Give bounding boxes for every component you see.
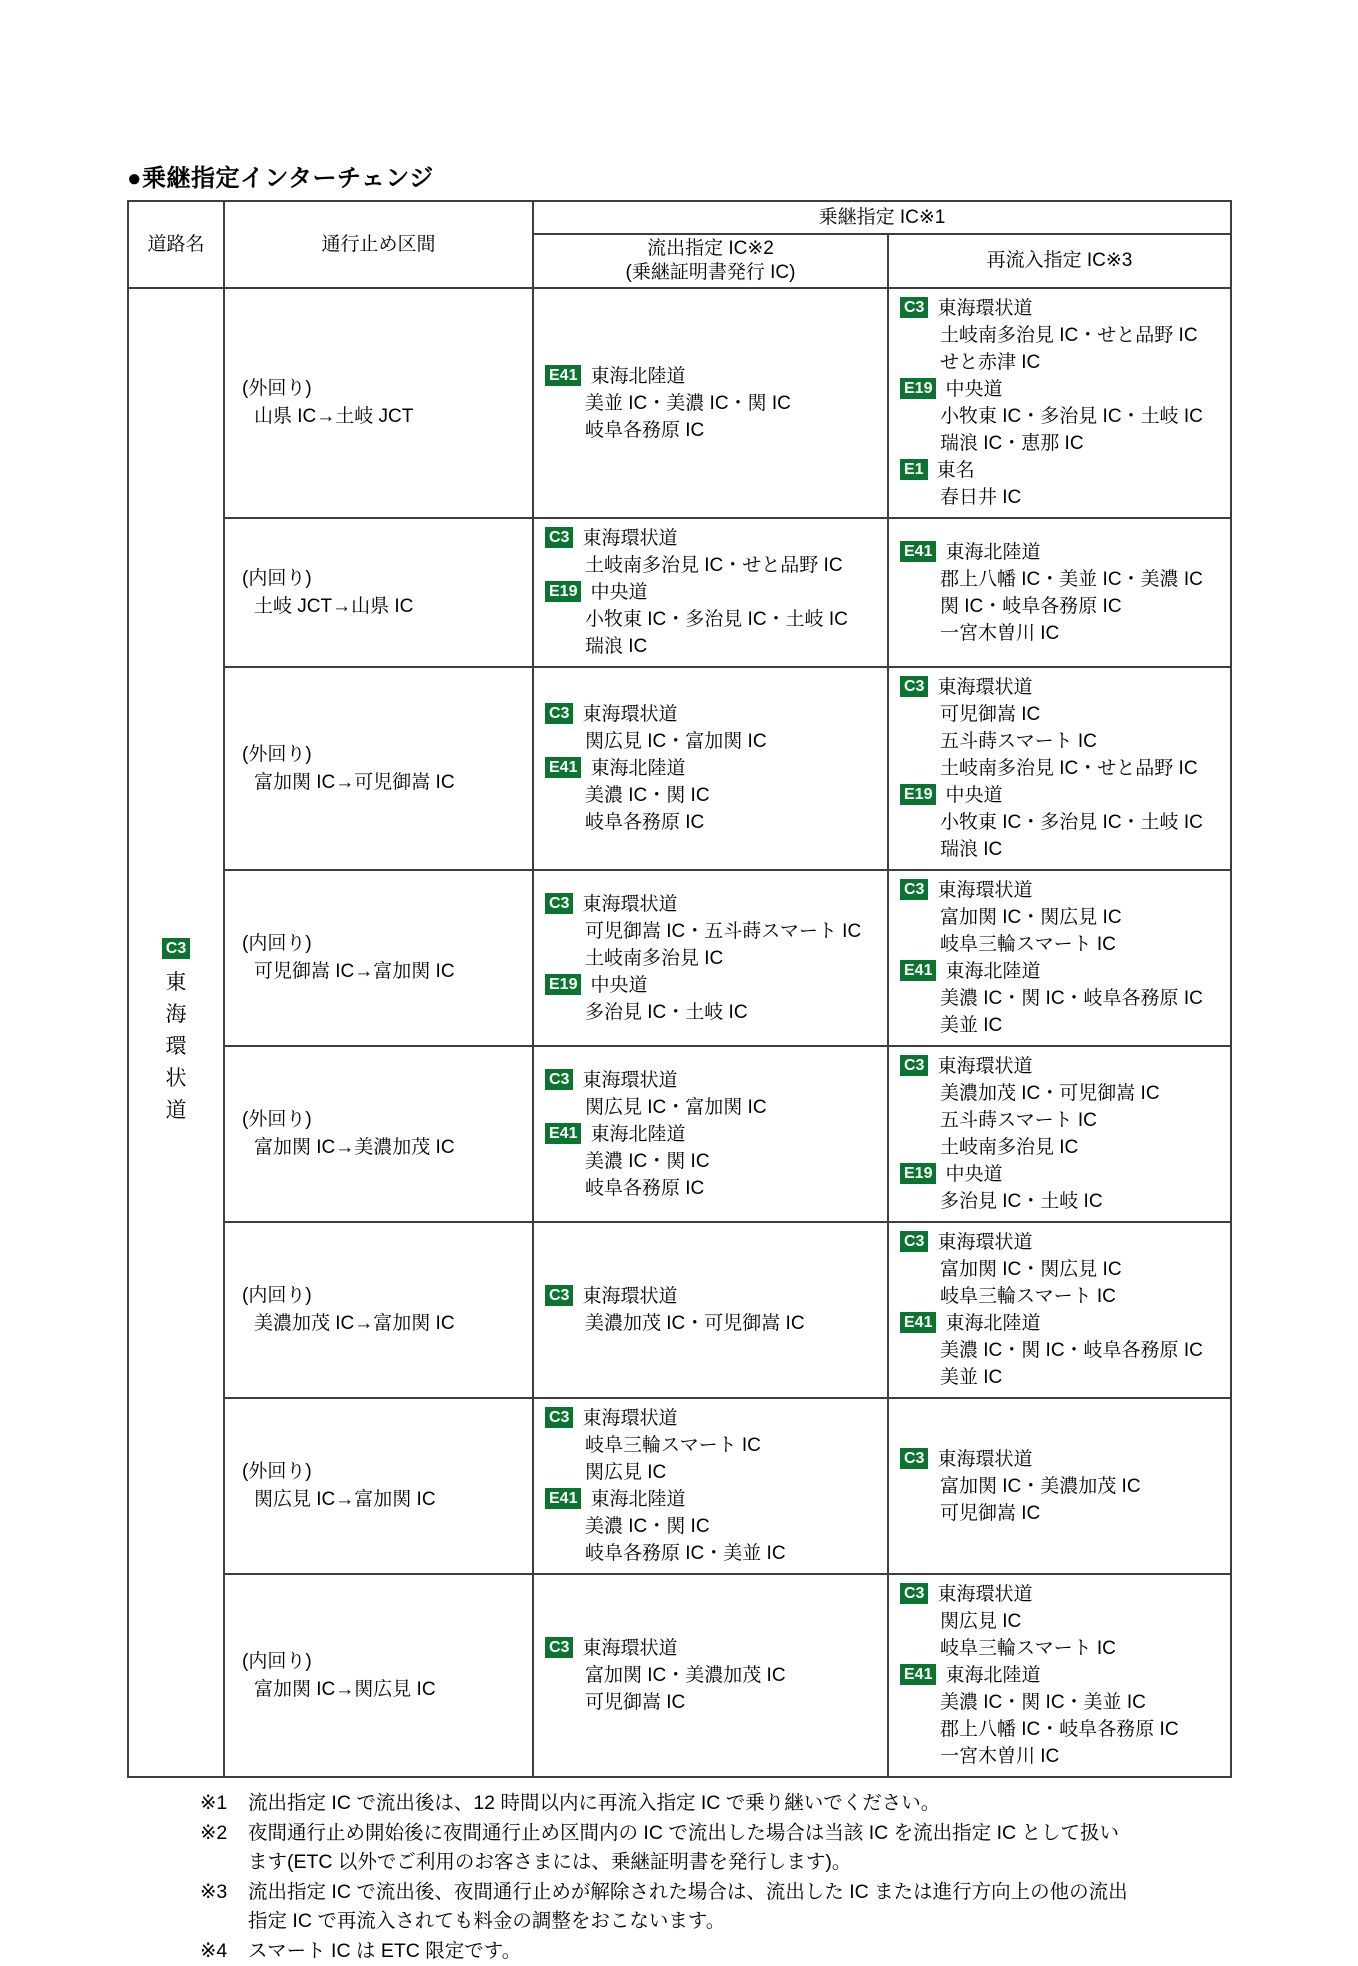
ic-list-line: 美並 IC bbox=[900, 1012, 1226, 1039]
route-number-badge: E41 bbox=[545, 1123, 581, 1144]
section-range: 関広見 IC→富加関 IC bbox=[242, 1486, 532, 1514]
road-line: E41東海北陸道 bbox=[900, 1662, 1226, 1689]
road-name: 東海環状道 bbox=[582, 1070, 677, 1091]
reentry-ic-groups: C3東海環状道富加関 IC・関広見 IC岐阜三輪スマート ICE41東海北陸道美… bbox=[900, 1229, 1226, 1391]
ic-list-line: 関広見 IC・富加関 IC bbox=[545, 728, 883, 755]
ic-list-line: 関広見 IC・富加関 IC bbox=[545, 1094, 883, 1121]
road-name: 中央道 bbox=[590, 582, 647, 603]
reentry-ic-cell: C3東海環状道富加関 IC・関広見 IC岐阜三輪スマート ICE41東海北陸道美… bbox=[888, 1222, 1231, 1398]
ic-list-line: 美濃 IC・関 IC・岐阜各務原 IC bbox=[900, 985, 1226, 1012]
table-row: (外回り)富加関 IC→美濃加茂 ICC3東海環状道関広見 IC・富加関 ICE… bbox=[128, 1046, 1231, 1222]
exit-ic-groups: C3東海環状道土岐南多治見 IC・せと品野 ICE19中央道小牧東 IC・多治見… bbox=[545, 525, 883, 660]
exit-ic-groups: C3東海環状道関広見 IC・富加関 ICE41東海北陸道美濃 IC・関 IC岐阜… bbox=[545, 701, 883, 836]
route-number-badge: E41 bbox=[900, 1312, 936, 1333]
road-line: E19中央道 bbox=[545, 579, 883, 606]
road-name: 東海環状道 bbox=[937, 677, 1032, 698]
ic-list-line: 岐阜各務原 IC bbox=[545, 809, 883, 836]
road-line: E41東海北陸道 bbox=[545, 1486, 883, 1513]
road-name: 東海北陸道 bbox=[945, 1313, 1040, 1334]
ic-list-line: せと赤津 IC bbox=[900, 349, 1226, 376]
direction-label: (外回り) bbox=[242, 1106, 532, 1134]
ic-list-line: 関広見 IC bbox=[900, 1608, 1226, 1635]
document-page: ●乗継指定インターチェンジ 道路名 通行止め区間 乗継指定 IC※1 流出指定 … bbox=[127, 158, 1287, 1966]
reentry-ic-groups: C3東海環状道美濃加茂 IC・可児御嵩 IC五斗蒔スマート IC土岐南多治見 I… bbox=[900, 1053, 1226, 1215]
road-name: 東海北陸道 bbox=[590, 1124, 685, 1145]
footnote-marker: ※2 bbox=[200, 1819, 248, 1878]
ic-list-line: 多治見 IC・土岐 IC bbox=[545, 999, 883, 1026]
road-line: C3東海環状道 bbox=[545, 1405, 883, 1432]
ic-list-line: 岐阜三輪スマート IC bbox=[900, 1635, 1226, 1662]
route-number-badge: E41 bbox=[900, 541, 936, 562]
road-line: E41東海北陸道 bbox=[900, 1310, 1226, 1337]
footnote-line: 流出指定 IC で流出後、夜間通行止めが解除された場合は、流出した IC または… bbox=[248, 1878, 1128, 1908]
table-row: (内回り)美濃加茂 IC→富加関 ICC3東海環状道美濃加茂 IC・可児御嵩 I… bbox=[128, 1222, 1231, 1398]
ic-list-line: 春日井 IC bbox=[900, 484, 1226, 511]
road-name: 中央道 bbox=[590, 975, 647, 996]
road-line: C3東海環状道 bbox=[545, 891, 883, 918]
footnote-line: スマート IC は ETC 限定です。 bbox=[248, 1937, 521, 1966]
section-range: 美濃加茂 IC→富加関 IC bbox=[242, 1310, 532, 1338]
road-name: 東海北陸道 bbox=[590, 366, 685, 387]
road-line: E41東海北陸道 bbox=[545, 1121, 883, 1148]
ic-list-line: 富加関 IC・関広見 IC bbox=[900, 1256, 1226, 1283]
reentry-ic-groups: C3東海環状道可児御嵩 IC五斗蒔スマート IC土岐南多治見 IC・せと品野 I… bbox=[900, 674, 1226, 863]
header-closed-section: 通行止め区間 bbox=[224, 201, 533, 288]
footnote-line: 夜間通行止め開始後に夜間通行止め区間内の IC で流出した場合は当該 IC を流… bbox=[248, 1819, 1119, 1849]
footnote-text: 夜間通行止め開始後に夜間通行止め区間内の IC で流出した場合は当該 IC を流… bbox=[248, 1819, 1119, 1878]
ic-list-line: 土岐南多治見 IC・せと品野 IC bbox=[900, 322, 1226, 349]
ic-list-line: 土岐南多治見 IC・せと品野 IC bbox=[545, 552, 883, 579]
direction-label: (外回り) bbox=[242, 1458, 532, 1486]
ic-list-line: 美濃加茂 IC・可児御嵩 IC bbox=[900, 1080, 1226, 1107]
road-line: E41東海北陸道 bbox=[545, 755, 883, 782]
ic-list-line: 土岐南多治見 IC・せと品野 IC bbox=[900, 755, 1226, 782]
road-line: E41東海北陸道 bbox=[545, 363, 883, 390]
road-name: 東海環状道 bbox=[582, 894, 677, 915]
route-number-badge: C3 bbox=[545, 893, 573, 914]
section-range: 富加関 IC→美濃加茂 IC bbox=[242, 1134, 532, 1162]
direction-label: (内回り) bbox=[242, 930, 532, 958]
reentry-ic-cell: C3東海環状道美濃加茂 IC・可児御嵩 IC五斗蒔スマート IC土岐南多治見 I… bbox=[888, 1046, 1231, 1222]
ic-list-line: 富加関 IC・関広見 IC bbox=[900, 904, 1226, 931]
road-name-char: 環 bbox=[129, 1031, 223, 1063]
ic-list-line: 関 IC・岐阜各務原 IC bbox=[900, 593, 1226, 620]
ic-list-line: 美濃加茂 IC・可児御嵩 IC bbox=[545, 1310, 883, 1337]
header-exit-line2: (乗継証明書発行 IC) bbox=[534, 261, 887, 285]
exit-ic-cell: C3東海環状道富加関 IC・美濃加茂 IC可児御嵩 IC bbox=[533, 1574, 888, 1777]
route-number-badge: C3 bbox=[545, 1285, 573, 1306]
ic-list-line: 郡上八幡 IC・美並 IC・美濃 IC bbox=[900, 566, 1226, 593]
route-number-badge: C3 bbox=[900, 297, 928, 318]
table-row: (外回り)関広見 IC→富加関 ICC3東海環状道岐阜三輪スマート IC関広見 … bbox=[128, 1398, 1231, 1574]
road-name: 東海環状道 bbox=[937, 1584, 1032, 1605]
road-name: 東海環状道 bbox=[582, 1408, 677, 1429]
road-line: E19中央道 bbox=[900, 782, 1226, 809]
road-name: 東海北陸道 bbox=[590, 758, 685, 779]
road-name: 中央道 bbox=[945, 785, 1002, 806]
ic-list-line: 五斗蒔スマート IC bbox=[900, 1107, 1226, 1134]
table-row: (内回り)土岐 JCT→山県 ICC3東海環状道土岐南多治見 IC・せと品野 I… bbox=[128, 518, 1231, 667]
ic-list-line: 美並 IC・美濃 IC・関 IC bbox=[545, 390, 883, 417]
route-number-badge: E41 bbox=[900, 960, 936, 981]
footnote-line: ます(ETC 以外でご利用のお客さまには、乗継証明書を発行します)。 bbox=[248, 1848, 1119, 1878]
route-number-badge: E19 bbox=[545, 974, 581, 995]
footnote-marker: ※1 bbox=[200, 1789, 248, 1819]
road-line: C3東海環状道 bbox=[900, 1446, 1226, 1473]
ic-list-line: 小牧東 IC・多治見 IC・土岐 IC bbox=[900, 403, 1226, 430]
road-line: C3東海環状道 bbox=[545, 1635, 883, 1662]
route-number-badge: C3 bbox=[545, 527, 573, 548]
reentry-ic-groups: C3東海環状道富加関 IC・美濃加茂 IC可児御嵩 IC bbox=[900, 1446, 1226, 1527]
road-line: C3東海環状道 bbox=[545, 701, 883, 728]
road-line: E41東海北陸道 bbox=[900, 958, 1226, 985]
ic-list-line: 富加関 IC・美濃加茂 IC bbox=[900, 1473, 1226, 1500]
route-number-badge: C3 bbox=[900, 879, 928, 900]
header-exit-line1: 流出指定 IC※2 bbox=[534, 237, 887, 261]
route-number-badge: C3 bbox=[545, 1637, 573, 1658]
road-name: 中央道 bbox=[945, 1164, 1002, 1185]
ic-list-line: 可児御嵩 IC bbox=[545, 1689, 883, 1716]
route-number-badge: C3 bbox=[900, 1231, 928, 1252]
reentry-ic-cell: E41東海北陸道郡上八幡 IC・美並 IC・美濃 IC関 IC・岐阜各務原 IC… bbox=[888, 518, 1231, 667]
route-number-badge: C3 bbox=[545, 703, 573, 724]
road-line: E19中央道 bbox=[545, 972, 883, 999]
closed-section-cell: (内回り)富加関 IC→関広見 IC bbox=[224, 1574, 533, 1777]
exit-ic-groups: C3東海環状道可児御嵩 IC・五斗蒔スマート IC土岐南多治見 ICE19中央道… bbox=[545, 891, 883, 1026]
closed-section-cell: (内回り)可児御嵩 IC→富加関 IC bbox=[224, 870, 533, 1046]
route-number-badge: E41 bbox=[545, 365, 581, 386]
route-number-badge: C3 bbox=[900, 1583, 928, 1604]
ic-list-line: 美並 IC bbox=[900, 1364, 1226, 1391]
ic-list-line: 関広見 IC bbox=[545, 1459, 883, 1486]
ic-list-line: 岐阜各務原 IC bbox=[545, 417, 883, 444]
footnote-marker: ※4 bbox=[200, 1937, 248, 1966]
ic-list-line: 小牧東 IC・多治見 IC・土岐 IC bbox=[545, 606, 883, 633]
ic-list-line: 美濃 IC・関 IC・美並 IC bbox=[900, 1689, 1226, 1716]
closed-section-cell: (外回り)山県 IC→土岐 JCT bbox=[224, 288, 533, 518]
section-range: 富加関 IC→可児御嵩 IC bbox=[242, 769, 532, 797]
route-number-badge: E19 bbox=[900, 1163, 936, 1184]
road-name: 東海環状道 bbox=[582, 704, 677, 725]
header-exit-ic: 流出指定 IC※2 (乗継証明書発行 IC) bbox=[533, 234, 888, 288]
section-range: 富加関 IC→関広見 IC bbox=[242, 1676, 532, 1704]
direction-label: (内回り) bbox=[242, 565, 532, 593]
closed-section-cell: (外回り)富加関 IC→美濃加茂 IC bbox=[224, 1046, 533, 1222]
exit-ic-cell: C3東海環状道土岐南多治見 IC・せと品野 ICE19中央道小牧東 IC・多治見… bbox=[533, 518, 888, 667]
ic-list-line: 瑞浪 IC・恵那 IC bbox=[900, 430, 1226, 457]
ic-list-line: 岐阜三輪スマート IC bbox=[545, 1432, 883, 1459]
ic-list-line: 岐阜各務原 IC bbox=[545, 1175, 883, 1202]
footnotes: ※1流出指定 IC で流出後は、12 時間以内に再流入指定 IC で乗り継いでく… bbox=[200, 1789, 1210, 1966]
direction-label: (外回り) bbox=[242, 375, 532, 403]
ic-list-line: 美濃 IC・関 IC bbox=[545, 1148, 883, 1175]
section-range: 土岐 JCT→山県 IC bbox=[242, 593, 532, 621]
footnote: ※3流出指定 IC で流出後、夜間通行止めが解除された場合は、流出した IC ま… bbox=[200, 1878, 1210, 1937]
table-row: (内回り)可児御嵩 IC→富加関 ICC3東海環状道可児御嵩 IC・五斗蒔スマー… bbox=[128, 870, 1231, 1046]
ic-list-line: 可児御嵩 IC bbox=[900, 1500, 1226, 1527]
road-line: C3東海環状道 bbox=[900, 1229, 1226, 1256]
closed-section-cell: (内回り)土岐 JCT→山県 IC bbox=[224, 518, 533, 667]
road-line: C3東海環状道 bbox=[900, 295, 1226, 322]
route-number-badge: C3 bbox=[162, 938, 190, 959]
ic-list-line: 小牧東 IC・多治見 IC・土岐 IC bbox=[900, 809, 1226, 836]
road-line: C3東海環状道 bbox=[545, 1067, 883, 1094]
road-name: 東海環状道 bbox=[937, 1056, 1032, 1077]
road-name: 東海北陸道 bbox=[945, 542, 1040, 563]
road-name: 東海環状道 bbox=[582, 528, 677, 549]
road-name-char: 状 bbox=[129, 1063, 223, 1095]
footnote-text: スマート IC は ETC 限定です。 bbox=[248, 1937, 521, 1966]
footnote-marker: ※3 bbox=[200, 1878, 248, 1937]
route-number-badge: E41 bbox=[545, 1488, 581, 1509]
road-line: C3東海環状道 bbox=[900, 877, 1226, 904]
road-name: 東海環状道 bbox=[937, 1232, 1032, 1253]
footnote-text: 流出指定 IC で流出後、夜間通行止めが解除された場合は、流出した IC または… bbox=[248, 1878, 1128, 1937]
road-line: C3東海環状道 bbox=[545, 1283, 883, 1310]
reentry-ic-cell: C3東海環状道可児御嵩 IC五斗蒔スマート IC土岐南多治見 IC・せと品野 I… bbox=[888, 667, 1231, 870]
road-name: 東海環状道 bbox=[582, 1638, 677, 1659]
exit-ic-cell: C3東海環状道岐阜三輪スマート IC関広見 ICE41東海北陸道美濃 IC・関 … bbox=[533, 1398, 888, 1574]
ic-list-line: 一宮木曽川 IC bbox=[900, 620, 1226, 647]
ic-list-line: 瑞浪 IC bbox=[900, 836, 1226, 863]
header-reentry-ic: 再流入指定 IC※3 bbox=[888, 234, 1231, 288]
ic-list-line: 一宮木曽川 IC bbox=[900, 1743, 1226, 1770]
road-line: C3東海環状道 bbox=[900, 674, 1226, 701]
header-road-name: 道路名 bbox=[128, 201, 224, 288]
ic-list-line: 五斗蒔スマート IC bbox=[900, 728, 1226, 755]
route-number-badge: E19 bbox=[900, 378, 936, 399]
road-name: 東海環状道 bbox=[937, 880, 1032, 901]
exit-ic-groups: E41東海北陸道美並 IC・美濃 IC・関 IC岐阜各務原 IC bbox=[545, 363, 883, 444]
road-line: C3東海環状道 bbox=[900, 1053, 1226, 1080]
ic-list-line: 美濃 IC・関 IC bbox=[545, 782, 883, 809]
exit-ic-cell: C3東海環状道関広見 IC・富加関 ICE41東海北陸道美濃 IC・関 IC岐阜… bbox=[533, 667, 888, 870]
road-line: E19中央道 bbox=[900, 1161, 1226, 1188]
footnote-text: 流出指定 IC で流出後は、12 時間以内に再流入指定 IC で乗り継いでくださ… bbox=[248, 1789, 940, 1819]
route-number-badge: C3 bbox=[900, 1448, 928, 1469]
reentry-ic-cell: C3東海環状道土岐南多治見 IC・せと品野 ICせと赤津 ICE19中央道小牧東… bbox=[888, 288, 1231, 518]
road-name-char: 東 bbox=[129, 967, 223, 999]
route-number-badge: E1 bbox=[900, 459, 928, 480]
direction-label: (内回り) bbox=[242, 1648, 532, 1676]
route-number-badge: C3 bbox=[900, 1055, 928, 1076]
table-row: (外回り)富加関 IC→可児御嵩 ICC3東海環状道関広見 IC・富加関 ICE… bbox=[128, 667, 1231, 870]
footnote-line: 流出指定 IC で流出後は、12 時間以内に再流入指定 IC で乗り継いでくださ… bbox=[248, 1789, 940, 1819]
road-name-char: 海 bbox=[129, 999, 223, 1031]
ic-list-line: 可児御嵩 IC bbox=[900, 701, 1226, 728]
exit-ic-groups: C3東海環状道美濃加茂 IC・可児御嵩 IC bbox=[545, 1283, 883, 1337]
exit-ic-cell: C3東海環状道可児御嵩 IC・五斗蒔スマート IC土岐南多治見 ICE19中央道… bbox=[533, 870, 888, 1046]
road-name: 東海環状道 bbox=[937, 298, 1032, 319]
road-name: 東海北陸道 bbox=[945, 961, 1040, 982]
route-number-badge: E19 bbox=[545, 581, 581, 602]
table-row: C3東海環状道(外回り)山県 IC→土岐 JCTE41東海北陸道美並 IC・美濃… bbox=[128, 288, 1231, 518]
route-number-badge: C3 bbox=[545, 1069, 573, 1090]
route-number-badge: E19 bbox=[900, 784, 936, 805]
road-line: E1東名 bbox=[900, 457, 1226, 484]
reentry-ic-groups: C3東海環状道土岐南多治見 IC・せと品野 ICせと赤津 ICE19中央道小牧東… bbox=[900, 295, 1226, 511]
direction-label: (内回り) bbox=[242, 1282, 532, 1310]
ic-list-line: 美濃 IC・関 IC・岐阜各務原 IC bbox=[900, 1337, 1226, 1364]
exit-ic-cell: C3東海環状道関広見 IC・富加関 ICE41東海北陸道美濃 IC・関 IC岐阜… bbox=[533, 1046, 888, 1222]
table-row: (内回り)富加関 IC→関広見 ICC3東海環状道富加関 IC・美濃加茂 IC可… bbox=[128, 1574, 1231, 1777]
ic-list-line: 美濃 IC・関 IC bbox=[545, 1513, 883, 1540]
ic-list-line: 可児御嵩 IC・五斗蒔スマート IC bbox=[545, 918, 883, 945]
route-number-badge: C3 bbox=[900, 676, 928, 697]
page-title: ●乗継指定インターチェンジ bbox=[127, 158, 1287, 193]
exit-ic-cell: E41東海北陸道美並 IC・美濃 IC・関 IC岐阜各務原 IC bbox=[533, 288, 888, 518]
closed-section-cell: (外回り)関広見 IC→富加関 IC bbox=[224, 1398, 533, 1574]
road-name: 東海環状道 bbox=[582, 1286, 677, 1307]
road-line: E41東海北陸道 bbox=[900, 539, 1226, 566]
road-name: 東海北陸道 bbox=[590, 1489, 685, 1510]
road-name-cell: C3東海環状道 bbox=[128, 288, 224, 1777]
ic-list-line: 岐阜三輪スマート IC bbox=[900, 931, 1226, 958]
reentry-ic-cell: C3東海環状道関広見 IC岐阜三輪スマート ICE41東海北陸道美濃 IC・関 … bbox=[888, 1574, 1231, 1777]
road-name: 東名 bbox=[937, 460, 975, 481]
reentry-ic-cell: C3東海環状道富加関 IC・関広見 IC岐阜三輪スマート ICE41東海北陸道美… bbox=[888, 870, 1231, 1046]
exit-ic-groups: C3東海環状道岐阜三輪スマート IC関広見 ICE41東海北陸道美濃 IC・関 … bbox=[545, 1405, 883, 1567]
ic-list-line: 郡上八幡 IC・岐阜各務原 IC bbox=[900, 1716, 1226, 1743]
reentry-ic-cell: C3東海環状道富加関 IC・美濃加茂 IC可児御嵩 IC bbox=[888, 1398, 1231, 1574]
road-name: 東海北陸道 bbox=[945, 1665, 1040, 1686]
section-range: 山県 IC→土岐 JCT bbox=[242, 403, 532, 431]
route-number-badge: C3 bbox=[545, 1407, 573, 1428]
road-line: C3東海環状道 bbox=[545, 525, 883, 552]
exit-ic-cell: C3東海環状道美濃加茂 IC・可児御嵩 IC bbox=[533, 1222, 888, 1398]
direction-label: (外回り) bbox=[242, 741, 532, 769]
reentry-ic-groups: E41東海北陸道郡上八幡 IC・美並 IC・美濃 IC関 IC・岐阜各務原 IC… bbox=[900, 539, 1226, 647]
ic-list-line: 土岐南多治見 IC bbox=[545, 945, 883, 972]
ic-list-line: 岐阜三輪スマート IC bbox=[900, 1283, 1226, 1310]
footnote: ※1流出指定 IC で流出後は、12 時間以内に再流入指定 IC で乗り継いでく… bbox=[200, 1789, 1210, 1819]
footnote: ※2夜間通行止め開始後に夜間通行止め区間内の IC で流出した場合は当該 IC … bbox=[200, 1819, 1210, 1878]
road-name: 中央道 bbox=[945, 379, 1002, 400]
route-number-badge: E41 bbox=[900, 1664, 936, 1685]
closed-section-cell: (外回り)富加関 IC→可児御嵩 IC bbox=[224, 667, 533, 870]
ic-list-line: 土岐南多治見 IC bbox=[900, 1134, 1226, 1161]
section-range: 可児御嵩 IC→富加関 IC bbox=[242, 958, 532, 986]
ic-list-line: 岐阜各務原 IC・美並 IC bbox=[545, 1540, 883, 1567]
road-line: E19中央道 bbox=[900, 376, 1226, 403]
reentry-ic-groups: C3東海環状道富加関 IC・関広見 IC岐阜三輪スマート ICE41東海北陸道美… bbox=[900, 877, 1226, 1039]
road-line: C3東海環状道 bbox=[900, 1581, 1226, 1608]
road-name-char: 道 bbox=[129, 1095, 223, 1127]
route-number-badge: E41 bbox=[545, 757, 581, 778]
ic-list-line: 多治見 IC・土岐 IC bbox=[900, 1188, 1226, 1215]
header-transfer-group: 乗継指定 IC※1 bbox=[533, 201, 1231, 234]
reentry-ic-groups: C3東海環状道関広見 IC岐阜三輪スマート ICE41東海北陸道美濃 IC・関 … bbox=[900, 1581, 1226, 1770]
exit-ic-groups: C3東海環状道富加関 IC・美濃加茂 IC可児御嵩 IC bbox=[545, 1635, 883, 1716]
footnote-line: 指定 IC で再流入されても料金の調整をおこないます。 bbox=[248, 1907, 1128, 1937]
ic-list-line: 富加関 IC・美濃加茂 IC bbox=[545, 1662, 883, 1689]
transfer-ic-table: 道路名 通行止め区間 乗継指定 IC※1 流出指定 IC※2 (乗継証明書発行 … bbox=[127, 200, 1232, 1778]
road-name: 東海環状道 bbox=[937, 1449, 1032, 1470]
exit-ic-groups: C3東海環状道関広見 IC・富加関 ICE41東海北陸道美濃 IC・関 IC岐阜… bbox=[545, 1067, 883, 1202]
footnote: ※4スマート IC は ETC 限定です。 bbox=[200, 1937, 1210, 1966]
closed-section-cell: (内回り)美濃加茂 IC→富加関 IC bbox=[224, 1222, 533, 1398]
ic-list-line: 瑞浪 IC bbox=[545, 633, 883, 660]
